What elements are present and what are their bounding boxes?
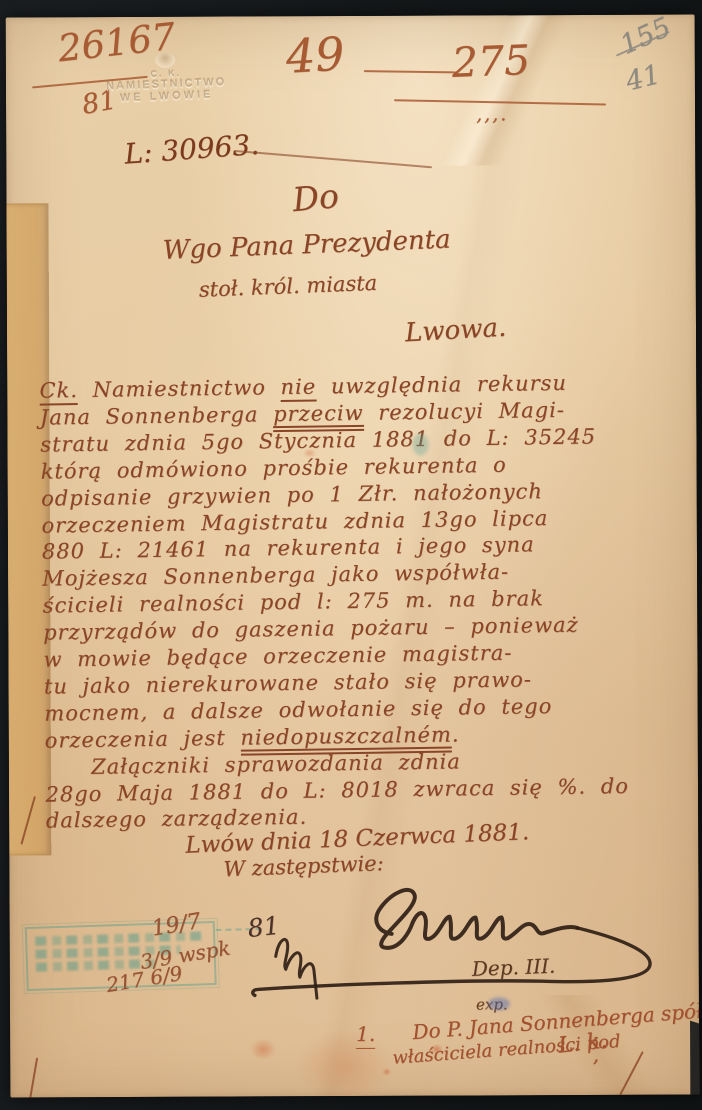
signature-scrawl: [241, 871, 672, 1013]
body-line: Ck. Namiestnictwo nie uwzględnia rekursu: [39, 371, 567, 403]
underlined-word: Ck.: [39, 378, 78, 406]
body-text: mocnem, a dalsze odwołanie się do tego: [44, 694, 552, 726]
paper-stain: [290, 1026, 400, 1098]
body-line: Załączniki sprawozdania zdnia: [91, 749, 461, 778]
body-text: uwzględnia rekursu: [316, 371, 567, 399]
department-label: Dep. III.: [471, 954, 555, 981]
paper-corner-fold: [690, 1021, 699, 1098]
pen-tick-mark: ’: [592, 1055, 598, 1079]
body-line: tu jako nierekurowane stało się prawo-: [44, 667, 532, 698]
body-text: tu jako nierekurowane stało się prawo-: [44, 667, 532, 698]
body-line: Jana Sonnenberga przeciw rezolucyi Magi-: [40, 398, 565, 430]
body-text: Mojżesza Sonnenberga jako współwła-: [42, 560, 509, 591]
body-text: .: [452, 722, 460, 746]
body-text: 880 L: 21461 na rekurenta i jego syna: [42, 533, 535, 564]
body-line: w mowie będące orzeczenie magistra-: [43, 641, 512, 672]
paper-stain: [250, 1038, 276, 1060]
body-line: stratu zdnia 5go Stycznia 1881 do L: 352…: [40, 424, 596, 456]
blue-ink-smudge: [488, 997, 510, 1010]
body-text: orzeczenia jest: [45, 725, 241, 752]
body-line: odpisanie grzywien po 1 Złr. nałożonych: [41, 479, 543, 510]
paper-sheet: 26167 81 C. K. NAMIESTNICTWO WE LWOWIE 4…: [6, 15, 700, 1098]
body-line: mocnem, a dalsze odwołanie się do tego: [44, 694, 552, 726]
body-text: w mowie będące orzeczenie magistra-: [43, 641, 512, 672]
ink-smudge: [412, 434, 428, 456]
body-text: odpisanie grzywien po 1 Złr. nałożonych: [41, 479, 543, 510]
body-line: orzeczenia jest niedopuszczalném.: [45, 722, 460, 752]
body-text: Jana Sonnenberga: [40, 402, 274, 429]
paper-stain: [430, 1044, 443, 1055]
paper-stain: [382, 1068, 391, 1076]
body-text: 28go Maja 1881 do L: 8018 zwraca się %. …: [45, 773, 629, 806]
date-note-1b: 81: [246, 911, 281, 943]
body-line: 28go Maja 1881 do L: 8018 zwraca się %. …: [45, 773, 629, 806]
underlined-word: nie: [280, 375, 316, 403]
body-text: rezolucyi Magi-: [363, 398, 565, 425]
body-text: którą odmówiono prośbie rekurenta o: [41, 452, 507, 483]
paper-stain: [303, 448, 317, 458]
body-text: ścicieli realności pod l: 275 m. na brak: [43, 586, 545, 617]
body-line: Mojżesza Sonnenberga jako współwła-: [42, 560, 509, 591]
body-text: Namiestnictwo: [78, 375, 281, 402]
body-line: orzeczeniem Magistratu zdnia 13go lipca: [41, 506, 548, 538]
body-line: 880 L: 21461 na rekurenta i jego syna: [42, 533, 535, 564]
body-text: stratu zdnia 5go Stycznia 1881 do L: 352…: [40, 424, 596, 456]
body-line: ścicieli realności pod l: 275 m. na brak: [43, 586, 545, 617]
body-text: orzeczeniem Magistratu zdnia 13go lipca: [41, 506, 548, 538]
dispatch-line3: L. k.: [557, 1028, 608, 1058]
body-text: Załączniki sprawozdania zdnia: [91, 749, 461, 778]
body-line: którą odmówiono prośbie rekurenta o: [41, 452, 507, 483]
